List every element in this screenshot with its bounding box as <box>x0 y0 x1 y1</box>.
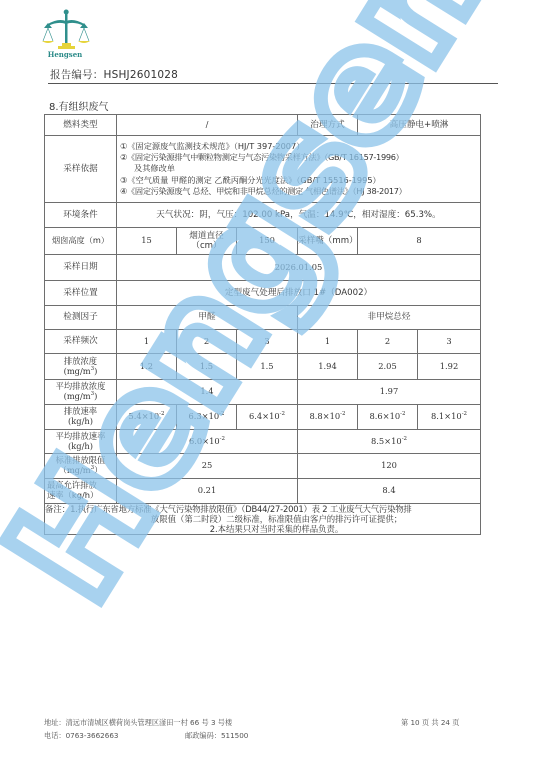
rate-mantissa: 8.1×10 <box>431 411 462 421</box>
nozzle-label: 采样嘴（mm） <box>298 228 358 255</box>
avg-rate-formaldehyde: 6.0×10-2 <box>117 430 298 454</box>
nozzle-value: 8 <box>358 228 481 255</box>
frequency-cell: 3 <box>418 330 481 354</box>
rate-cell: 8.8×10-2 <box>298 405 358 430</box>
row-location: 采样位置 定型废气处理后排放口 1#（DA002） <box>45 281 481 306</box>
notes-line: 放限值（第二时段）二级标准，标准限值由客户的排污许可证提供； <box>45 514 480 524</box>
max-rate-label: 最高允许排放 速率（kg/h） <box>45 479 117 504</box>
rate-exponent: -2 <box>280 411 285 417</box>
unit-text: (mg/m <box>64 366 91 376</box>
header-divider <box>48 83 498 84</box>
unit-close: ) <box>94 366 97 376</box>
rate-exponent: -2 <box>400 411 405 417</box>
row-concentration: 排放浓度 (mg/m3) 1.2 1.5 1.5 1.94 2.05 1.92 <box>45 354 481 380</box>
rate-exponent: -2 <box>219 411 224 417</box>
row-limit: 标准排放限值 （mg/m3） 25 120 <box>45 454 481 479</box>
notes-line: 备注：1.执行广东省地方标准《大气污染物排放限值》（DB44/27-2001）表… <box>45 504 480 514</box>
factor-label: 检测因子 <box>45 306 117 330</box>
frequency-cell: 2 <box>177 330 237 354</box>
rate-cell: 5.4×10-2 <box>117 405 177 430</box>
report-number-value: HSHJ2601028 <box>104 69 179 81</box>
row-stack: 烟囱高度（m） 15 烟道直径（cm） 150 采样嘴（mm） 8 <box>45 228 481 255</box>
notes-label: 备注： <box>45 504 70 514</box>
fuel-type-label: 燃料类型 <box>45 115 117 136</box>
rate-mantissa: 6.0×10 <box>189 436 220 446</box>
rate-cell: 8.6×10-2 <box>358 405 418 430</box>
rate-mantissa: 8.5×10 <box>371 436 402 446</box>
basis-item: ④《固定污染源废气 总烃、甲烷和非甲烷总烃的测定 气相色谱法》（HJ 38-20… <box>120 186 480 197</box>
stack-height-value: 15 <box>117 228 177 255</box>
sampling-basis-list: ①《固定源废气监测技术规范》（HJ/T 397-2007） ②《固定污染源排气中… <box>117 136 481 203</box>
row-fuel-type: 燃料类型 / 治理方式 高压静电+喷淋 <box>45 115 481 136</box>
report-number-label: 报告编号： <box>50 69 104 81</box>
rate-cell: 8.1×10-2 <box>418 405 481 430</box>
rate-cell: 6.3×10-2 <box>177 405 237 430</box>
max-rate-nmhc: 8.4 <box>298 479 481 504</box>
limit-formaldehyde: 25 <box>117 454 298 479</box>
rate-mantissa: 6.3×10 <box>188 411 219 421</box>
max-rate-unit: 速率（kg/h） <box>47 491 116 501</box>
concentration-label: 排放浓度 (mg/m3) <box>45 354 117 380</box>
row-notes: 备注：1.执行广东省地方标准《大气污染物排放限值》（DB44/27-2001）表… <box>45 504 481 535</box>
row-sampling-basis: 采样依据 ①《固定源废气监测技术规范》（HJ/T 397-2007） ②《固定污… <box>45 136 481 203</box>
rate-label: 排放速率 (kg/h) <box>45 405 117 430</box>
basis-item: ①《固定源废气监测技术规范》（HJ/T 397-2007） <box>120 141 480 152</box>
basis-item: ③《空气质量 甲醛的测定 乙酰丙酮分光光度法》（GB/T 15516-1995） <box>120 175 480 186</box>
rate-exponent: -2 <box>220 436 225 442</box>
flue-diameter-value: 150 <box>237 228 298 255</box>
row-date: 采样日期 2026.01.05 <box>45 255 481 281</box>
unit-sup: 3 <box>91 366 95 372</box>
concentration-cell: 2.05 <box>358 354 418 380</box>
rate-cell: 6.4×10-2 <box>237 405 298 430</box>
rate-exponent: -2 <box>340 411 345 417</box>
emission-table: 燃料类型 / 治理方式 高压静电+喷淋 采样依据 ①《固定源废气监测技术规范》（… <box>44 114 481 535</box>
stack-height-label: 烟囱高度（m） <box>45 228 117 255</box>
limit-label: 标准排放限值 （mg/m3） <box>45 454 117 479</box>
unit-close: ） <box>94 465 102 475</box>
section-title: 8.有组织废气 <box>49 98 109 113</box>
basis-item: 及其修改单 <box>120 163 480 174</box>
environment-label: 环境条件 <box>45 203 117 228</box>
scales-icon <box>38 8 94 52</box>
avg-concentration-nmhc: 1.97 <box>298 380 481 405</box>
rate-mantissa: 8.6×10 <box>369 411 400 421</box>
frequency-cell: 1 <box>298 330 358 354</box>
footer-postcode: 邮政编码：511500 <box>185 731 248 741</box>
factor-formaldehyde: 甲醛 <box>117 306 298 330</box>
frequency-label: 采样频次 <box>45 330 117 354</box>
logo-text: Hengsen <box>40 50 90 59</box>
rate-exponent: -2 <box>159 411 164 417</box>
rate-mantissa: 6.4×10 <box>249 411 280 421</box>
concentration-unit: (mg/m3) <box>45 367 116 377</box>
flue-diameter-label: 烟道直径（cm） <box>177 228 237 255</box>
rate-mantissa: 5.4×10 <box>128 411 159 421</box>
fuel-type-value: / <box>117 115 298 136</box>
unit-sup: 3 <box>91 391 95 397</box>
sampling-date-label: 采样日期 <box>45 255 117 281</box>
sampling-location-value: 定型废气处理后排放口 1#（DA002） <box>117 281 481 306</box>
sampling-basis-label: 采样依据 <box>45 136 117 203</box>
max-rate-formaldehyde: 0.21 <box>117 479 298 504</box>
frequency-cell: 3 <box>237 330 298 354</box>
rate-mantissa: 8.8×10 <box>309 411 340 421</box>
limit-unit: （mg/m3） <box>45 466 116 476</box>
concentration-cell: 1.92 <box>418 354 481 380</box>
rate-exponent: -2 <box>402 436 407 442</box>
avg-rate-nmhc: 8.5×10-2 <box>298 430 481 454</box>
avg-concentration-formaldehyde: 1.4 <box>117 380 298 405</box>
concentration-cell: 1.94 <box>298 354 358 380</box>
sampling-location-label: 采样位置 <box>45 281 117 306</box>
notes-line: 2.本结果只对当时采集的样品负责。 <box>45 524 480 534</box>
unit-text: （mg/m <box>59 465 91 475</box>
row-frequency: 采样频次 1 2 3 1 2 3 <box>45 330 481 354</box>
row-environment: 环境条件 天气状况：阴，气压：102.00 kPa，气温：14.9℃，相对湿度：… <box>45 203 481 228</box>
footer-address: 地址：清远市清城区横荷岗头管理区滏田一村 66 号 3 号楼 <box>44 718 232 728</box>
factor-nmhc: 非甲烷总烃 <box>298 306 481 330</box>
avg-concentration-label: 平均排放浓度 (mg/m3) <box>45 380 117 405</box>
avg-rate-unit: (kg/h) <box>45 442 116 452</box>
avg-rate-label-main: 平均排放速率 <box>45 432 116 442</box>
report-number: 报告编号：HSHJ2601028 <box>50 67 178 82</box>
frequency-cell: 2 <box>358 330 418 354</box>
row-emission-rate: 排放速率 (kg/h) 5.4×10-2 6.3×10-2 6.4×10-2 8… <box>45 405 481 430</box>
treatment-label: 治理方式 <box>298 115 358 136</box>
concentration-cell: 1.5 <box>237 354 298 380</box>
notes-cell: 备注：1.执行广东省地方标准《大气污染物排放限值》（DB44/27-2001）表… <box>45 504 481 535</box>
row-avg-rate: 平均排放速率 (kg/h) 6.0×10-2 8.5×10-2 <box>45 430 481 454</box>
concentration-cell: 1.5 <box>177 354 237 380</box>
footer-page-number: 第 10 页 共 24 页 <box>401 718 459 728</box>
avg-rate-label: 平均排放速率 (kg/h) <box>45 430 117 454</box>
row-avg-concentration: 平均排放浓度 (mg/m3) 1.4 1.97 <box>45 380 481 405</box>
concentration-cell: 1.2 <box>117 354 177 380</box>
row-factor: 检测因子 甲醛 非甲烷总烃 <box>45 306 481 330</box>
environment-value: 天气状况：阴，气压：102.00 kPa，气温：14.9℃，相对湿度：65.3%… <box>117 203 481 228</box>
avg-concentration-unit: (mg/m3) <box>45 392 116 402</box>
footer-phone: 电话：0763-3662663 <box>44 731 118 741</box>
unit-text: (mg/m <box>64 391 91 401</box>
rate-exponent: -2 <box>462 411 467 417</box>
treatment-value: 高压静电+喷淋 <box>358 115 481 136</box>
unit-close: ) <box>94 391 97 401</box>
notes-text: 1.执行广东省地方标准《大气污染物排放限值》（DB44/27-2001）表 2 … <box>70 504 412 514</box>
frequency-cell: 1 <box>117 330 177 354</box>
unit-sup: 3 <box>91 465 95 471</box>
sampling-date-value: 2026.01.05 <box>117 255 481 281</box>
rate-unit: (kg/h) <box>45 417 116 427</box>
basis-item: ②《固定污染源排气中颗粒物测定与气态污染物采样方法》（GB/T 16157-19… <box>120 152 480 163</box>
row-max-rate: 最高允许排放 速率（kg/h） 0.21 8.4 <box>45 479 481 504</box>
limit-nmhc: 120 <box>298 454 481 479</box>
